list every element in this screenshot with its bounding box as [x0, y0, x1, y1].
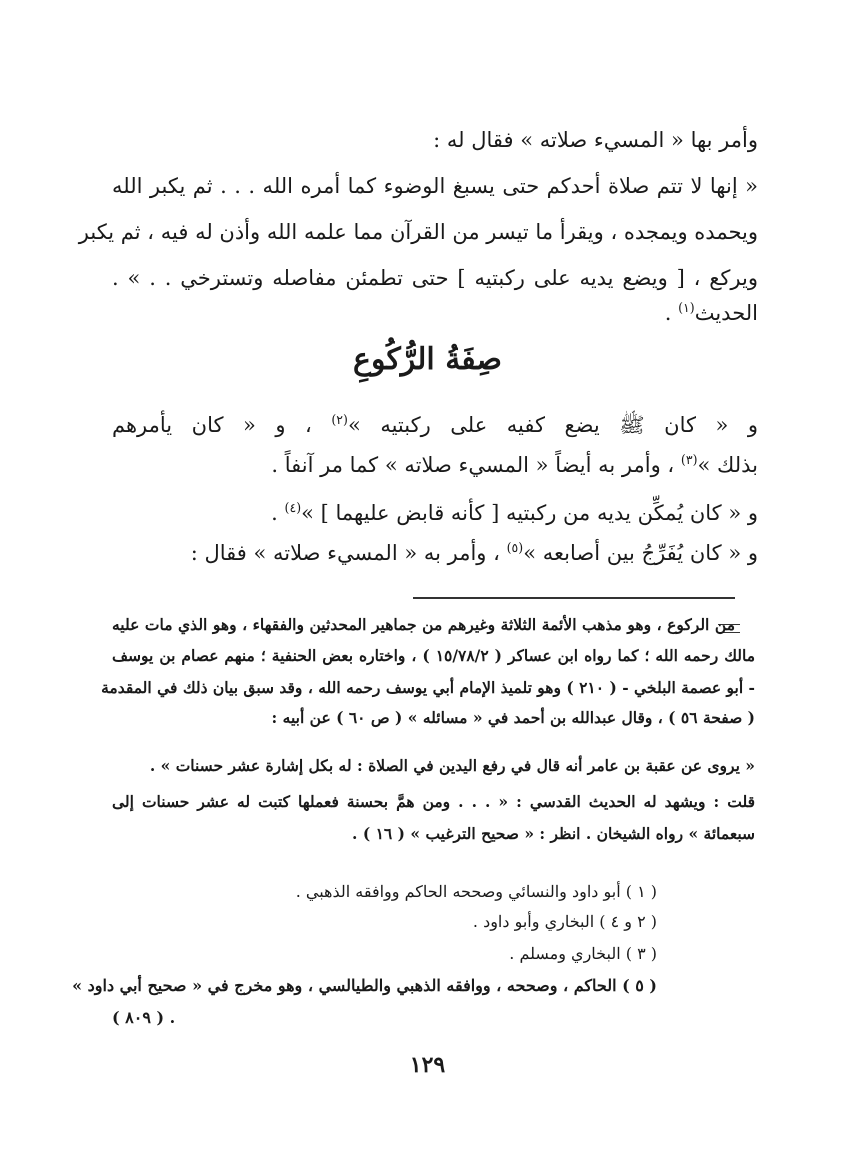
- text: و « كان يُمكِّن يديه من ركبتيه [ كأنه قا…: [301, 501, 758, 525]
- text-line: بذلك »(٣) ، وأمر به أيضاً « المسيء صلاته…: [271, 452, 758, 477]
- footnote-line: مالك رحمه الله ؛ كما رواه ابن عساكر ( ١٥…: [112, 646, 755, 665]
- reference-item: ( ١ ) أبو داود والنسائي وصححه الحاكم ووا…: [296, 882, 657, 901]
- text: ، وأمر به « المسيء صلاته » فقال :: [191, 541, 500, 565]
- text-line: الحديث(١) .: [665, 300, 758, 325]
- text-line: و « كان يُفَرِّجُ بين أصابعه »(٥) ، وأمر…: [191, 540, 758, 565]
- text: .: [271, 501, 284, 525]
- text: ، و « كان يأمرهم: [112, 413, 312, 437]
- text: بذلك »: [698, 453, 759, 477]
- section-heading: صِفَةُ الرُّكُوعِ: [0, 342, 855, 377]
- text-line: وأمر بها « المسيء صلاته » فقال له :: [433, 128, 758, 152]
- text: الحديث: [695, 301, 758, 325]
- footnote-line: قلت : ويشهد له الحديث القدسي : « . . . و…: [112, 792, 755, 811]
- text-line: و « كان ﷺ يضع كفيه على ركبتيه »(٢) ، و «…: [112, 412, 758, 443]
- text-line: ويركع ، [ ويضع يديه على ركبتيه ] حتى تطم…: [112, 266, 758, 290]
- text: و « كان ﷺ يضع كفيه على ركبتيه »: [348, 413, 758, 437]
- text: .: [665, 301, 678, 325]
- reference-item: ( ٥ ) الحاكم ، وصححه ، ووافقه الذهبي وال…: [72, 976, 657, 995]
- reference-item: ( ٨٠٩ ) .: [112, 1008, 175, 1027]
- footnote-ref: (٢): [331, 412, 348, 427]
- text: و « كان يُفَرِّجُ بين أصابعه »: [523, 541, 758, 565]
- book-page: وأمر بها « المسيء صلاته » فقال له : « إن…: [0, 0, 855, 1170]
- page-number: ١٢٩: [0, 1052, 855, 1078]
- text: ، وأمر به أيضاً « المسيء صلاته » كما مر …: [271, 453, 674, 477]
- footnote-line: من الركوع ، وهو مذهب الأئمة الثلاثة وغير…: [112, 615, 735, 634]
- text-line: و « كان يُمكِّن يديه من ركبتيه [ كأنه قا…: [271, 500, 758, 525]
- footnote-line: « يروى عن عقبة بن عامر أنه قال في رفع ال…: [150, 756, 755, 775]
- footnote-ref: (٣): [681, 452, 698, 467]
- text-line: « إنها لا تتم صلاة أحدكم حتى يسبغ الوضوء…: [112, 174, 758, 198]
- reference-item: ( ٢ و ٤ ) البخاري وأبو داود .: [473, 912, 657, 931]
- footnote-separator: [413, 597, 735, 599]
- reference-item: ( ٣ ) البخاري ومسلم .: [509, 944, 657, 963]
- text-line: ويحمده ويمجده ، ويقرأ ما تيسر من القرآن …: [112, 220, 758, 244]
- footnote-line: - أبو عصمة البلخي - ( ٢١٠ ) وهو تلميذ ال…: [112, 678, 755, 697]
- footnote-line: سبعمائة » رواه الشيخان . انظر : « صحيح ا…: [352, 824, 755, 843]
- footnote-ref: (١): [678, 300, 695, 315]
- footnote-ref: (٥): [507, 540, 524, 555]
- footnote-line: ( صفحة ٥٦ ) ، وقال عبدالله بن أحمد في « …: [272, 708, 755, 727]
- footnote-ref: (٤): [285, 500, 302, 515]
